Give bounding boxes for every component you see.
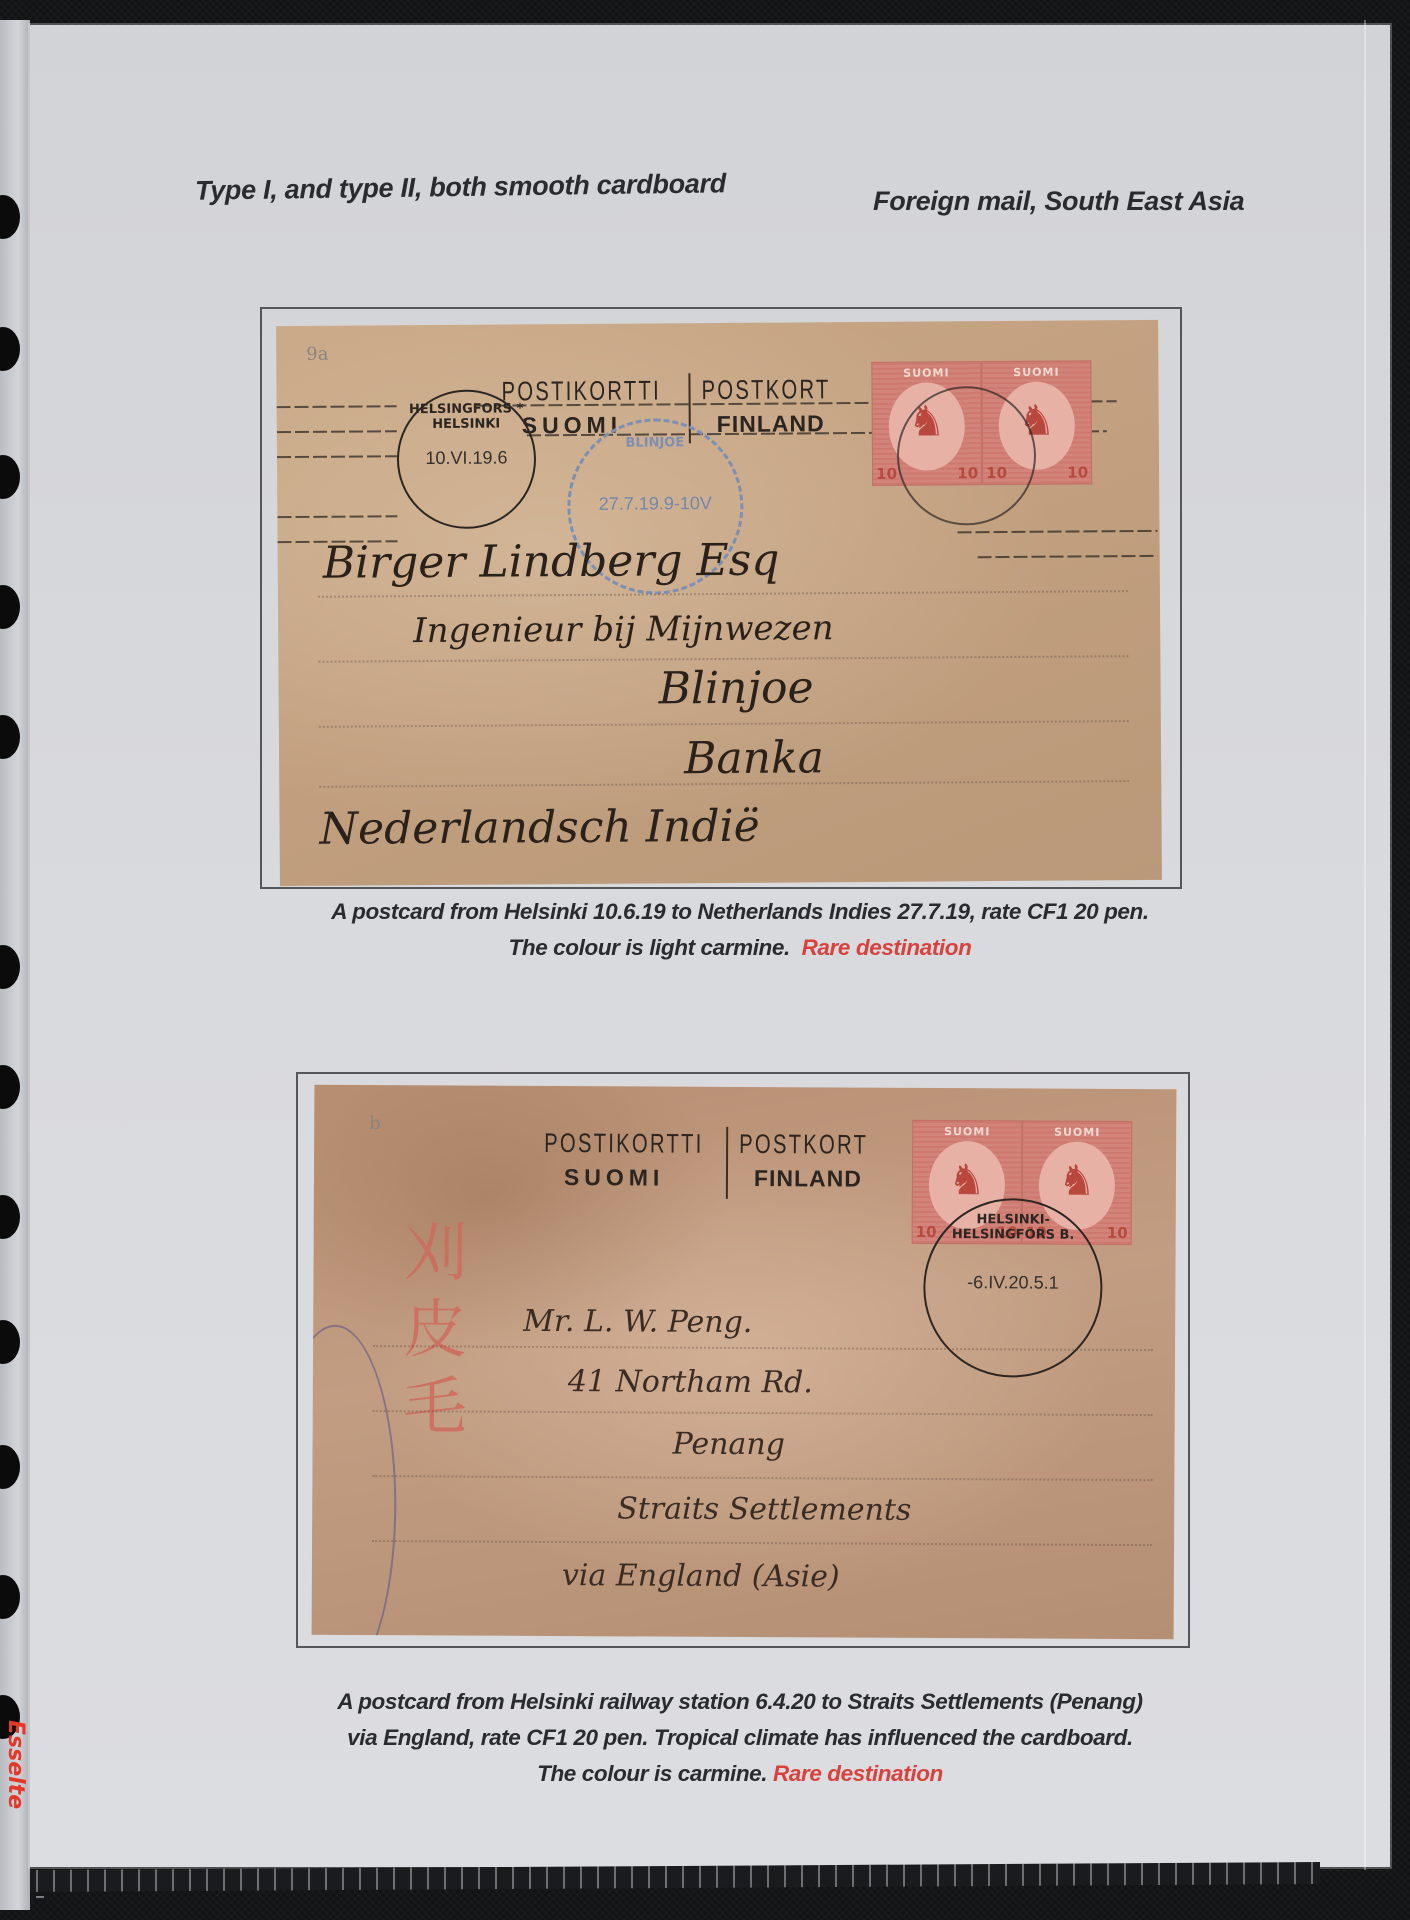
address-line: Blinjoe	[658, 662, 813, 714]
violet-cachet	[312, 1325, 398, 1640]
pencil-mark: b	[369, 1113, 381, 1134]
caption-line: The colour is carmine. Rare destination	[200, 1756, 1280, 1792]
printed-finland: FINLAND	[717, 410, 825, 438]
caption-line: A postcard from Helsinki 10.6.19 to Neth…	[200, 894, 1280, 930]
cancel-line	[958, 530, 1158, 533]
printed-postikortti: POSTIKORTTI	[544, 1128, 704, 1160]
postcard-2: b POSTIKORTTI SUOMI POSTKORT FINLAND SUO…	[312, 1085, 1177, 1640]
lion-icon: ♞	[1023, 1155, 1131, 1205]
address-line: Banka	[684, 732, 824, 784]
cancel-line	[277, 430, 397, 433]
printed-postkort: POSTKORT	[739, 1129, 868, 1161]
cancel-line	[277, 515, 397, 518]
address-line: 41 Northam Rd.	[568, 1364, 813, 1400]
caption-line: via England, rate CF1 20 pen. Tropical c…	[200, 1720, 1280, 1756]
caption-line: A postcard from Helsinki railway station…	[200, 1684, 1280, 1720]
lion-icon: ♞	[913, 1155, 1021, 1205]
postcard-1: 9a POSTIKORTTI SUOMI POSTKORT FINLAND SU…	[276, 320, 1162, 886]
caption-card-1: A postcard from Helsinki 10.6.19 to Neth…	[200, 894, 1280, 966]
postmark-helsingfors-on-stamp	[896, 386, 1036, 526]
rare-destination-note: Rare destination	[773, 1761, 943, 1786]
cancel-line	[978, 555, 1158, 558]
printed-suomi: SUOMI	[564, 1164, 665, 1192]
address-line: Penang	[672, 1427, 785, 1463]
pencil-mark: 9a	[306, 344, 328, 365]
address-line: via England (Asie)	[562, 1558, 840, 1594]
address-line: Mr. L. W. Peng.	[523, 1304, 752, 1340]
caption-card-2: A postcard from Helsinki railway station…	[200, 1684, 1280, 1792]
sleeve-brand-label: Esselte 56066	[2, 1720, 30, 1910]
page-heading-right: Foreign mail, South East Asia	[873, 186, 1244, 217]
address-line: Birger Lindberg Esq	[323, 535, 780, 589]
postmark-helsingfors: HELSINGFORS * HELSINKI 10.VI.19.6	[397, 389, 537, 529]
printed-postkort: POSTKORT	[701, 374, 830, 406]
address-line: Nederlandsch Indië	[319, 801, 759, 855]
rare-destination-note: Rare destination	[802, 935, 972, 960]
address-line: Ingenieur bij Mijnwezen	[413, 608, 834, 651]
caption-line: The colour is light carmine. Rare destin…	[200, 930, 1280, 966]
printed-finland: FINLAND	[754, 1165, 862, 1193]
sleeve-edge	[1364, 20, 1390, 1870]
brand-name: Esselte	[3, 1720, 28, 1809]
address-line: Straits Settlements	[617, 1491, 911, 1528]
cancel-line	[277, 455, 397, 458]
postmark-helsinki-railway: HELSINKI-HELSINGFORS B. -6.IV.20.5.1	[923, 1198, 1103, 1378]
cancel-line	[277, 405, 397, 408]
printed-divider	[726, 1127, 728, 1199]
